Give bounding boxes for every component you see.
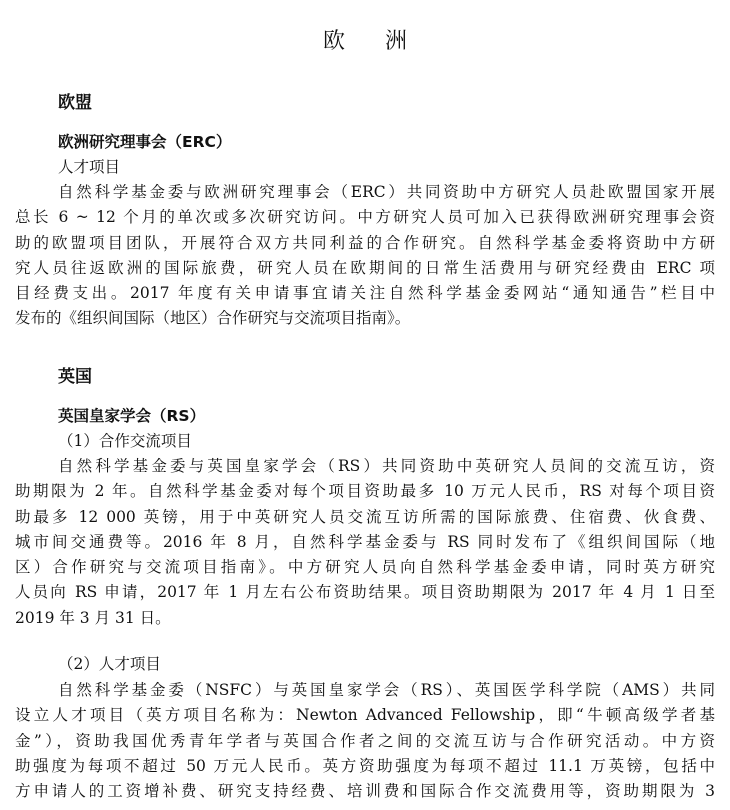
title-char-1: 欧 bbox=[323, 24, 345, 55]
text-line: 自然科学基金委与欧洲研究理事会（ERC）共同资助中方研究人员赴欧盟国家开展 bbox=[15, 180, 715, 205]
text-line: 自然科学基金委（NSFC）与英国皇家学会（RS）、英国医学科学院（AMS）共同 bbox=[15, 678, 715, 703]
text-line: 发布的《组织间国际（地区）合作研究与交流项目指南》。 bbox=[15, 306, 715, 331]
section-heading-uk: 英国 bbox=[58, 362, 92, 387]
text-line: 总长 6 ~ 12 个月的单次或多次研究访问。中方研究人员可加入已获得欧洲研究理… bbox=[15, 205, 715, 230]
paragraph-rs-talent: 自然科学基金委（NSFC）与英国皇家学会（RS）、英国医学科学院（AMS）共同 … bbox=[15, 678, 715, 804]
text-line: 方申请人的工资增补费、研究支持经费、培训费和国际合作交流费用等，资助期限为 3 bbox=[15, 779, 715, 804]
title-char-2: 洲 bbox=[385, 24, 407, 55]
text-line: 人员向 RS 申请，2017 年 1 月左右公布资助结果。项目资助期限为 201… bbox=[15, 580, 715, 605]
subsection-label-rs-talent: （2）人才项目 bbox=[58, 652, 161, 674]
org-heading-erc: 欧洲研究理事会（ERC） bbox=[58, 130, 231, 152]
text-line: 目经费支出。2017 年度有关申请事宜请关注自然科学基金委网站“通知通告”栏目中 bbox=[15, 281, 715, 306]
page-title: 欧洲 bbox=[0, 24, 730, 55]
paragraph-erc-talent: 自然科学基金委与欧洲研究理事会（ERC）共同资助中方研究人员赴欧盟国家开展 总长… bbox=[15, 180, 715, 332]
paragraph-rs-exchange: 自然科学基金委与英国皇家学会（RS）共同资助中英研究人员间的交流互访，资 助期限… bbox=[15, 454, 715, 631]
text-line: 2019 年 3 月 31 日。 bbox=[15, 606, 715, 631]
subsection-label-erc-talent: 人才项目 bbox=[58, 155, 120, 177]
org-heading-rs: 英国皇家学会（RS） bbox=[58, 404, 205, 426]
text-line: 助期限为 2 年。自然科学基金委对每个项目资助最多 10 万元人民币，RS 对每… bbox=[15, 479, 715, 504]
document-page: 欧洲 欧盟 欧洲研究理事会（ERC） 人才项目 自然科学基金委与欧洲研究理事会（… bbox=[0, 0, 730, 810]
text-line: 城市间交通费等。2016 年 8 月，自然科学基金委与 RS 同时发布了《组织间… bbox=[15, 530, 715, 555]
text-line: 助的欧盟项目团队，开展符合双方共同利益的合作研究。自然科学基金委将资助中方研 bbox=[15, 231, 715, 256]
text-line: 助最多 12 000 英镑，用于中英研究人员交流互访所需的国际旅费、住宿费、伙食… bbox=[15, 505, 715, 530]
text-line: 区）合作研究与交流项目指南》。中方研究人员向自然科学基金委申请，同时英方研究 bbox=[15, 555, 715, 580]
text-line: 究人员往返欧洲的国际旅费，研究人员在欧期间的日常生活费用与研究经费由 ERC 项 bbox=[15, 256, 715, 281]
subsection-label-rs-exchange: （1）合作交流项目 bbox=[58, 429, 192, 451]
text-line: 自然科学基金委与英国皇家学会（RS）共同资助中英研究人员间的交流互访，资 bbox=[15, 454, 715, 479]
text-line: 金”），资助我国优秀青年学者与英国合作者之间的交流互访与合作研究活动。中方资 bbox=[15, 729, 715, 754]
section-heading-eu: 欧盟 bbox=[58, 88, 92, 113]
text-line: 设立人才项目（英方项目名称为：Newton Advanced Fellowshi… bbox=[15, 703, 715, 728]
text-line: 助强度为每项不超过 50 万元人民币。英方资助强度为每项不超过 11.1 万英镑… bbox=[15, 754, 715, 779]
